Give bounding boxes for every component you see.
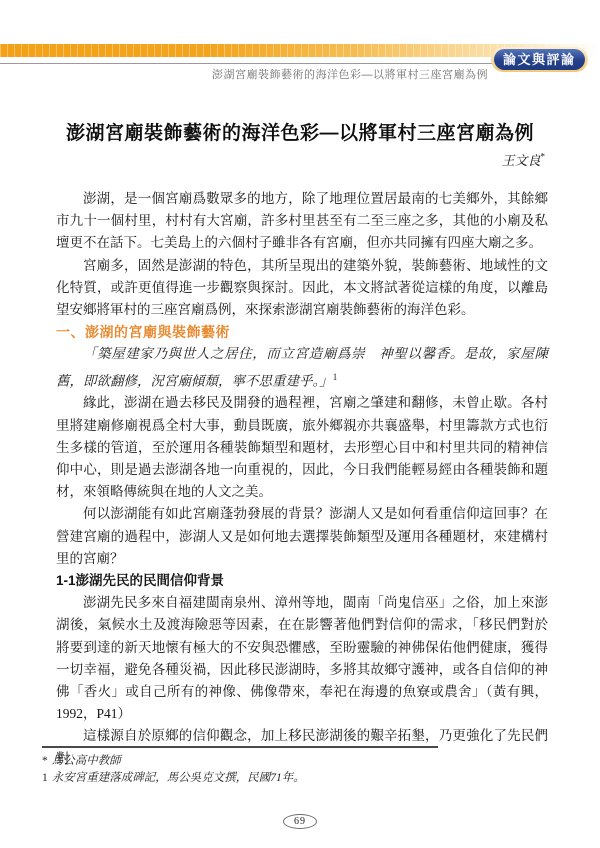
footnote-mark: * — [42, 755, 48, 767]
quote-paragraph: 「築屋建家乃與世人之居住，而立宮造廟爲崇 神聖以馨香。是故，家屋陳舊，即欲翻修，… — [56, 343, 548, 392]
running-title: 澎湖宮廟裝飾藝術的海洋色彩—以將軍村三座宮廟為例 — [212, 66, 488, 82]
footnote-text: 永安宮重建落成碑記，馬公吳克文撰，民國71年。 — [52, 772, 305, 784]
header-rule — [0, 63, 496, 64]
footnote-ref: 1 — [333, 372, 338, 382]
footnote-rule — [42, 746, 438, 748]
section-heading: 一、澎湖的宮廟與裝飾藝術 — [56, 321, 548, 343]
category-badge-label: 論文與評論 — [494, 49, 585, 70]
article-body: 澎湖，是一個宮廟爲數眾多的地方，除了地理位置居最南的七美鄉外，其餘鄉市九十一個村… — [56, 188, 548, 770]
subsection-heading: 1-1澎湖先民的民間信仰背景 — [56, 570, 548, 592]
quote-text: 「築屋建家乃與世人之居住，而立宮造廟爲崇 神聖以馨香。是故，家屋陳舊，即欲翻修，… — [56, 346, 548, 388]
page-number-badge: 69 — [283, 814, 317, 829]
footnote-item: 1永安宮重建落成碑記，馬公吳克文撰，民國71年。 — [42, 770, 542, 787]
article-title: 澎湖宮廟裝飾藝術的海洋色彩—以將軍村三座宮廟為例 — [0, 118, 600, 145]
footnote-item: *馬公高中教師 — [42, 753, 542, 770]
footnote-mark: 1 — [42, 772, 48, 784]
paragraph: 澎湖，是一個宮廟爲數眾多的地方，除了地理位置居最南的七美鄉外，其餘鄉市九十一個村… — [56, 188, 548, 255]
author-footnote-mark: * — [541, 152, 546, 162]
article-author: 王文良* — [501, 150, 545, 169]
paragraph: 緣此，澎湖在過去移民及開發的過程裡，宮廟之肇建和翻修，未曾止歇。各村里將建廟修廟… — [56, 392, 548, 503]
footnotes: *馬公高中教師 1永安宮重建落成碑記，馬公吳克文撰，民國71年。 — [42, 746, 542, 786]
author-name: 王文良 — [501, 153, 540, 168]
paragraph: 澎湖先民多來自福建閩南泉州、漳州等地，閩南「尚鬼信巫」之俗，加上來澎湖後，氣候水… — [56, 592, 548, 725]
paragraph: 宮廟多，固然是澎湖的特色，其所呈現出的建築外貌，裝飾藝術、地域性的文化特質，或許… — [56, 255, 548, 322]
footnote-text: 馬公高中教師 — [52, 755, 121, 767]
category-badge: 論文與評論 — [491, 47, 588, 72]
document-page: 澎湖宮廟裝飾藝術的海洋色彩—以將軍村三座宮廟為例 論文與評論 澎湖宮廟裝飾藝術的… — [0, 0, 600, 848]
paragraph: 何以澎湖能有如此宮廟蓬勃發展的背景？澎湖人又是如何看重信仰這回事？在營建宮廟的過… — [56, 503, 548, 570]
